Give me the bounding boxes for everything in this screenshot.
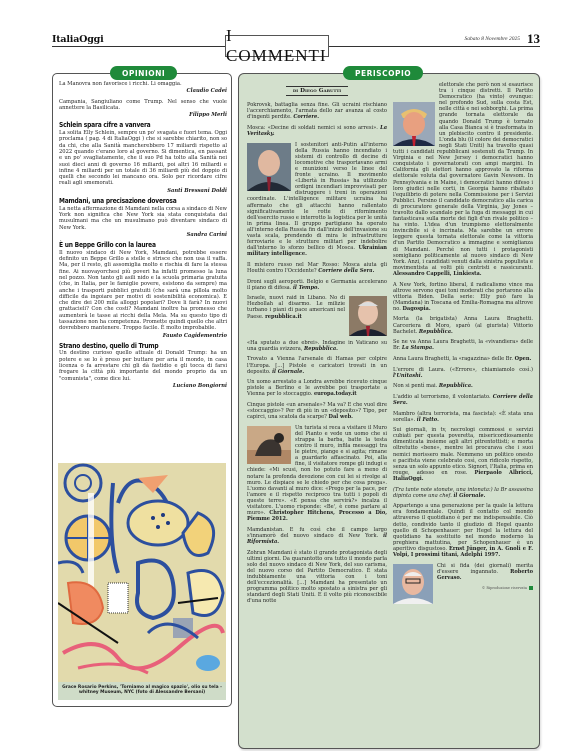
letter: Schlein spara cifre a vanvera La solita … xyxy=(59,122,227,194)
quote-item: Un turista si reca a visitare il Muro de… xyxy=(247,425,387,523)
letter: La Manovra non favorisce i ricchi. Li om… xyxy=(59,81,227,95)
quote-source: Repubblica. xyxy=(304,346,338,352)
quote-item: Sui giornali, in tv, necrologi commossi … xyxy=(393,427,533,482)
letter-text: La Manovra non favorisce i ricchi. Li om… xyxy=(59,81,227,87)
letter-author: Luciano Bongiorni xyxy=(59,383,227,389)
trump-photo xyxy=(393,102,435,146)
brand-logo: ItaliaOggi xyxy=(52,34,104,45)
quote-item: Anna Laura Braghetti, la «ragazzina» del… xyxy=(393,356,533,362)
letter-text: La netta affermazione di Mamdani nella c… xyxy=(59,206,227,231)
letter-text: Il nuovo sindaco di New York, Mamdani, p… xyxy=(59,250,227,332)
quote-source: Repubblica. xyxy=(439,383,473,389)
letter: Mamdani, una precisazione doverosa La ne… xyxy=(59,198,227,238)
opinioni-label: OPINIONI xyxy=(110,66,177,80)
quote-source: La Stampa. xyxy=(402,345,434,351)
quote-item: Non si pentì mai. Repubblica. xyxy=(393,383,533,389)
periscopio-column: PERISCOPIO di Diego Gabutti Pokrovsk, ba… xyxy=(238,73,540,749)
quote-item: Morta (la brigatista) Anna Laura Braghet… xyxy=(393,316,533,334)
gervaso-photo xyxy=(393,564,433,604)
quote-item: elettorale che però non si esaurisce tra… xyxy=(393,82,533,277)
byline: di Diego Gabutti xyxy=(286,86,348,96)
quote-item: Chi si fida (dei giornali) merita d'esse… xyxy=(393,563,533,581)
abstract-painting-illustration xyxy=(58,463,226,682)
page-number: 13 xyxy=(527,31,540,47)
letter-author: Claudio Cadei xyxy=(59,88,227,94)
quote-item: I sostenitori anti-Putin all'interno del… xyxy=(247,142,387,258)
letter: È un Beppe Grillo con la laurea Il nuovo… xyxy=(59,242,227,339)
quote-source: Dagospia. xyxy=(403,306,431,312)
letter: Campania, Sangiuliano come Trump. Nel se… xyxy=(59,99,227,119)
quote-item: L'addio al terrorismo, il volontariato. … xyxy=(393,394,533,406)
quote-item: A New York, fortino liberal, il radicali… xyxy=(393,282,533,312)
letter-title: Strano destino, quello di Trump xyxy=(59,343,227,351)
quote-item: Israele, nuovi raid in Libano. No di Hez… xyxy=(247,295,387,335)
quote-item: Trovato a Vienna l'arsenale di Hamas per… xyxy=(247,356,387,374)
quote-source: il Tempo. xyxy=(293,285,319,291)
letter-text: Campania, Sangiuliano come Trump. Nel se… xyxy=(59,99,227,112)
periscopio-label: PERISCOPIO xyxy=(343,66,423,80)
quote-item: Appartengo a una generazione per la qual… xyxy=(393,503,533,558)
letter-text: La solita Elly Schlein, sempre un po' sv… xyxy=(59,130,227,187)
quote-source: Christopher Hitchens, Processo a Dio, Pi… xyxy=(247,510,387,522)
quote-item: Cinque pistole «un arsenale»? Ma va? E c… xyxy=(247,402,387,420)
periscopio-right-column: elettorale che però non si esaurisce tra… xyxy=(393,82,533,605)
quote-source: Dal web. xyxy=(329,414,353,420)
quote-source: europa.today.it xyxy=(314,391,357,397)
quote-item: Il mistero russo nel Mar Rosso: Mosca ai… xyxy=(247,262,387,274)
letter-author: Fausto Cagidementrio xyxy=(59,333,227,339)
letter: Strano destino, quello di Trump Un desti… xyxy=(59,343,227,389)
dateline: Sabato 8 Novembre 2025 xyxy=(464,36,520,42)
masthead: ItaliaOggi Sabato 8 Novembre 2025 13 I C… xyxy=(52,34,540,64)
wailing-wall-photo xyxy=(247,426,291,464)
quote-item: Un uomo arrestato a Londra avrebbe ricev… xyxy=(247,379,387,397)
letter-title: È un Beppe Grillo con la laurea xyxy=(59,242,227,250)
letter-author: Sandra Carini xyxy=(59,232,227,238)
opinioni-column: OPINIONI La Manovra non favorisce i ricc… xyxy=(52,73,232,707)
putin-photo xyxy=(247,143,291,191)
periscopio-left-column: di Diego Gabutti Pokrovsk, battaglia sen… xyxy=(247,82,387,609)
quote-source: Corriere della Sera. xyxy=(318,268,374,274)
quote-source: Repubblica. xyxy=(419,329,453,335)
painting-caption: Grace Rosario Perkins, 'Torniamo al magi… xyxy=(58,682,226,700)
quote-source: il Giornale. xyxy=(272,369,304,375)
quote-source: l'Unitashi. xyxy=(393,373,423,379)
quote-source: il Giornale. xyxy=(453,493,485,499)
quote-source: Alessandro Cappelli, Linkiesta. xyxy=(393,271,482,277)
letter-title: Mamdani, una precisazione doverosa xyxy=(59,198,227,206)
letter-author: Filippo Merli xyxy=(59,112,227,118)
quote-item: L'errore di Laura. («Errore», chiamiamol… xyxy=(393,367,533,379)
quote-source: repubblica.it xyxy=(265,314,302,320)
quote-item: «Ha sputato a due ebrei». Indagine in Va… xyxy=(247,340,387,352)
letter-title: Schlein spara cifre a vanvera xyxy=(59,122,227,130)
painting-image xyxy=(58,463,226,682)
quote-item: Droni sugli aeroporti. Belgio e Germania… xyxy=(247,279,387,291)
quote-item: Se ne va Anna Laura Braghetti, la «vivan… xyxy=(393,339,533,351)
end-square-icon xyxy=(529,586,533,590)
section-title: I COMMENTI xyxy=(225,35,329,57)
netanyahu-photo xyxy=(349,296,387,336)
quote-source: Corriere. xyxy=(293,114,319,120)
letter-text: Un destino curioso quello attuale di Don… xyxy=(59,350,227,381)
quote-item: (Tra tante note stonate, una intonata:) … xyxy=(393,487,533,499)
quote-source: Open. xyxy=(515,356,532,362)
opinioni-letters: La Manovra non favorisce i ricchi. Li om… xyxy=(59,81,227,393)
quote-item: Mosca: «Decine di soldati nemici si sono… xyxy=(247,125,387,137)
quote-source: il Fatto. xyxy=(417,417,439,423)
letter-author: Santi Bressani Doldi xyxy=(59,188,227,194)
quote-item: Zohran Mamdani è stato il grande protago… xyxy=(247,550,387,605)
quote-item: Mamdanistan. E fu così che il campo larg… xyxy=(247,527,387,545)
quote-item: Mambro (altra terrorista, ma fascista): … xyxy=(393,411,533,423)
quote-item: Pokrovsk, battaglia senza fine. Gli ucra… xyxy=(247,102,387,120)
